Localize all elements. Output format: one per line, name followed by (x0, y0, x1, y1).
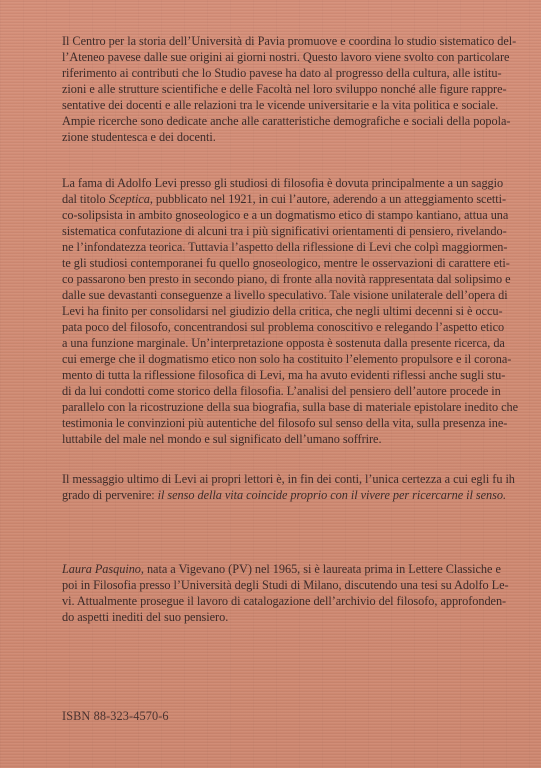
isbn-number: ISBN 88-323-4570-6 (62, 709, 169, 723)
text-line: dalle sue devastanti conseguenze a livel… (62, 287, 494, 303)
text-line: co-solipsista in ambito gnoseologico e a… (62, 207, 494, 223)
text-line: Il Centro per la storia dell’Università … (62, 33, 494, 49)
text-line: luttabile del male nel mondo e sul signi… (62, 431, 494, 447)
text-line: a una funzione marginale. Un’interpretaz… (62, 335, 494, 351)
text-line: do aspetti inediti del suo pensiero. (62, 609, 494, 625)
text-line: pata poco del filosofo, concentrandosi s… (62, 319, 494, 335)
text-line: cui emerge che il dogmatismo etico non s… (62, 351, 494, 367)
text-segment: dal titolo (62, 192, 109, 206)
text-line: ne l’infondatezza teorica. Tuttavia l’as… (62, 239, 494, 255)
text-line: vi. Attualmente prosegue il lavoro di ca… (62, 593, 494, 609)
text-line: grado di pervenire: il senso della vita … (62, 487, 494, 503)
text-line: testimonia le convinzioni più autentiche… (62, 415, 494, 431)
text-line: di da lui condotti come storico della fi… (62, 383, 494, 399)
text-line: La fama di Adolfo Levi presso gli studio… (62, 175, 494, 191)
quote-italic: il senso della vita coincide proprio con… (158, 488, 506, 502)
text-line: dal titolo Sceptica, pubblicato nel 1921… (62, 191, 494, 207)
back-cover-text-block: Il Centro per la storia dell’Università … (62, 33, 494, 625)
text-line: sistematica confutazione di alcuni tra i… (62, 223, 494, 239)
text-segment: , pubblicato nel 1921, in cui l’autore, … (150, 192, 506, 206)
text-line: poi in Filosofia presso l’Università deg… (62, 577, 494, 593)
text-line: Levi ha finito per consolidarsi nel giud… (62, 303, 494, 319)
book-title-sceptica: Sceptica (109, 192, 150, 206)
paragraph-centro-storia: Il Centro per la storia dell’Università … (62, 33, 494, 145)
text-line: mento di tutta la riflessione filosofica… (62, 367, 494, 383)
text-line: parallelo con la ricostruzione della sua… (62, 399, 494, 415)
paragraph-fama-levi: La fama di Adolfo Levi presso gli studio… (62, 175, 494, 447)
author-name: Laura Pasquino (62, 562, 141, 576)
text-line: zione studentesca e dei docenti. (62, 129, 494, 145)
text-line: l’Ateneo pavese dalle sue origini ai gio… (62, 49, 494, 65)
text-line: Il messaggio ultimo di Levi ai propri le… (62, 471, 494, 487)
paragraph-author-bio: Laura Pasquino, nata a Vigevano (PV) nel… (62, 561, 494, 625)
text-line: co passarono ben presto in secondo piano… (62, 271, 494, 287)
text-line: sentative dei docenti e alle relazioni t… (62, 97, 494, 113)
text-line: Laura Pasquino, nata a Vigevano (PV) nel… (62, 561, 494, 577)
paragraph-messaggio: Il messaggio ultimo di Levi ai propri le… (62, 471, 494, 503)
text-segment: grado di pervenire: (62, 488, 158, 502)
text-line: Ampie ricerche sono dedicate anche alle … (62, 113, 494, 129)
text-line: zioni e alle strutture scientifiche e de… (62, 81, 494, 97)
text-line: te gli studiosi contemporanei fu quello … (62, 255, 494, 271)
text-segment: , nata a Vigevano (PV) nel 1965, si è la… (141, 562, 501, 576)
text-line: riferimento ai contributi che lo Studio … (62, 65, 494, 81)
